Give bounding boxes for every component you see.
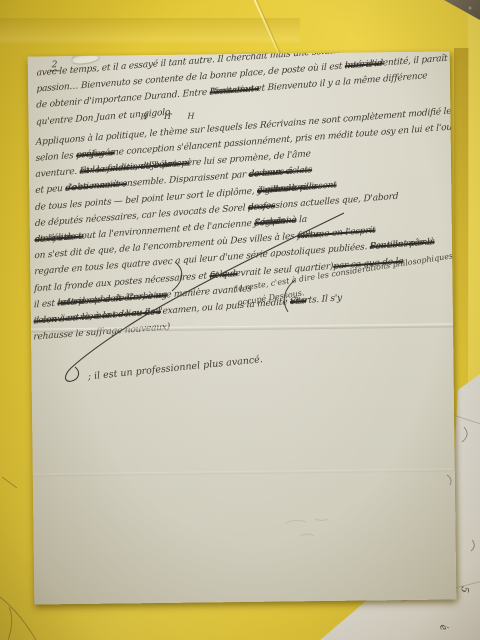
folder-edge-highlight <box>468 0 480 430</box>
isolated-handwritten-line: ; il est un professionnel plus avancé. <box>87 354 263 382</box>
folder-edge-shadow <box>454 48 469 398</box>
folder-soft-fold <box>0 18 300 44</box>
photo-of-manuscript: 5 é 2 H H H avec le temps, et il a essay… <box>0 0 480 640</box>
thread-marks <box>0 477 36 640</box>
manuscript-page: 2 H H H avec le temps, et il a essayé il… <box>28 51 457 604</box>
scrap-scribble: 5 <box>458 586 470 593</box>
fold-crease <box>33 468 455 476</box>
